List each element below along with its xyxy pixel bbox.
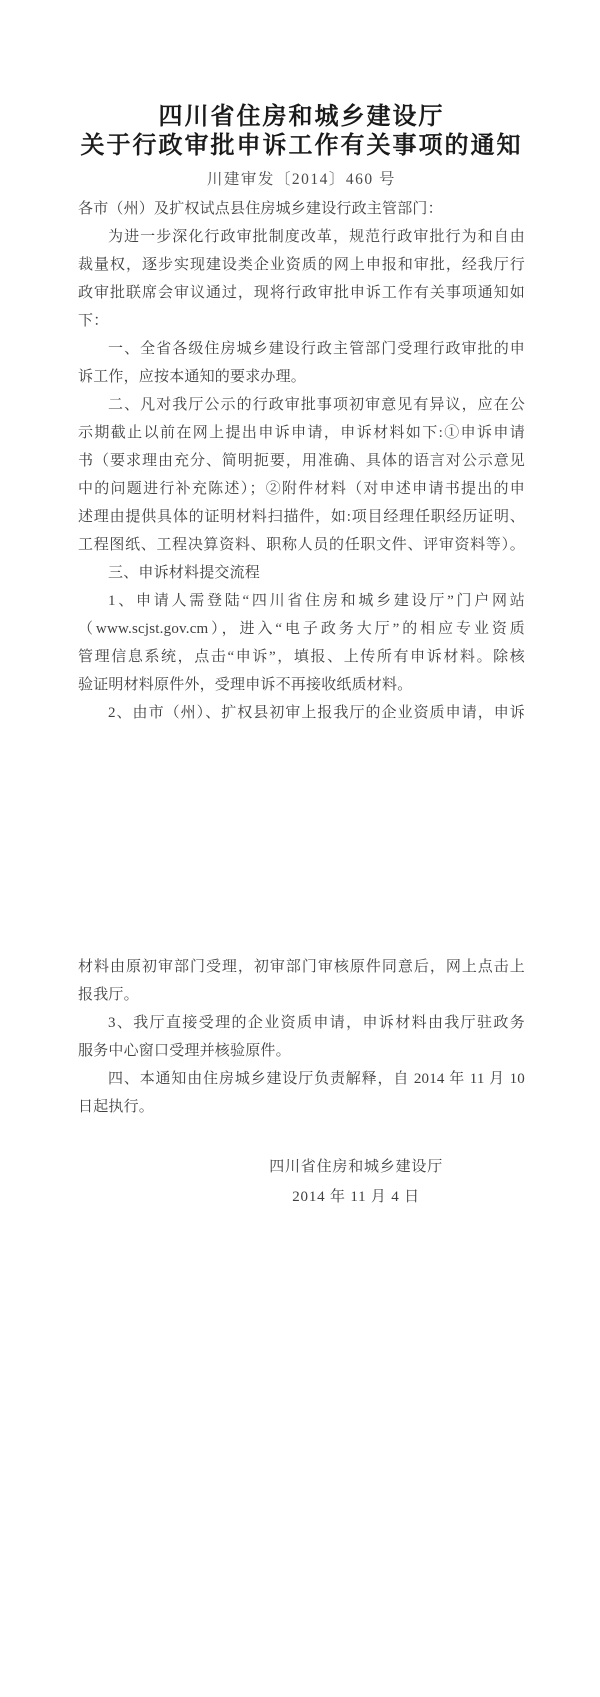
body-line: 二、凡对我厅公示的行政审批事项初审意见有异议，应在公: [78, 391, 525, 419]
body-line: 政审批联席会审议通过，现将行政审批申诉工作有关事项通知如: [78, 279, 525, 307]
body-line: 日起执行。: [78, 1093, 525, 1121]
signature-date: 2014 年 11 月 4 日: [269, 1182, 443, 1212]
body-line: 验证明材料原件外，受理申诉不再接收纸质材料。: [78, 671, 525, 699]
body-line: 为进一步深化行政审批制度改革，规范行政审批行为和自由: [78, 223, 525, 251]
body-line: 述理由提供具体的证明材料扫描件，如:项目经理任职经历证明、: [78, 503, 525, 531]
body-line: 各市（州）及扩权试点县住房城乡建设行政主管部门：: [78, 195, 525, 223]
body-line: 示期截止以前在网上提出申诉申请，申诉材料如下:①申诉申请: [78, 419, 525, 447]
body-line: 一、全省各级住房城乡建设行政主管部门受理行政审批的申: [78, 335, 525, 363]
body-line: 下：: [78, 307, 525, 335]
body-line: 裁量权，逐步实现建设类企业资质的网上申报和审批，经我厅行: [78, 251, 525, 279]
document-title-line2: 关于行政审批申诉工作有关事项的通知: [78, 132, 525, 161]
signature-org: 四川省住房和城乡建设厅: [269, 1152, 443, 1182]
body-line: （www.scjst.gov.cm），进入“电子政务大厅”的相应专业资质: [78, 615, 525, 643]
body-text-page1: 各市（州）及扩权试点县住房城乡建设行政主管部门：为进一步深化行政审批制度改革，规…: [78, 195, 525, 727]
page-break-gap: [78, 727, 525, 953]
body-line: 诉工作，应按本通知的要求办理。: [78, 363, 525, 391]
document-title-line1: 四川省住房和城乡建设厅: [78, 103, 525, 132]
body-line: 三、申诉材料提交流程: [78, 559, 525, 587]
body-line: 1、申请人需登陆“四川省住房和城乡建设厅”门户网站: [78, 587, 525, 615]
body-line: 四、本通知由住房城乡建设厅负责解释，自 2014 年 11 月 10: [78, 1065, 525, 1093]
document-number: 川建审发〔2014〕460 号: [78, 170, 525, 189]
document-page: 四川省住房和城乡建设厅 关于行政审批申诉工作有关事项的通知 川建审发〔2014〕…: [0, 0, 600, 1697]
body-line: 中的问题进行补充陈述）；②附件材料（对申述申请书提出的申: [78, 475, 525, 503]
signature-block: 四川省住房和城乡建设厅 2014 年 11 月 4 日: [269, 1152, 443, 1212]
body-line: 服务中心窗口受理并核验原件。: [78, 1037, 525, 1065]
body-line: 书（要求理由充分、简明扼要，用准确、具体的语言对公示意见: [78, 447, 525, 475]
body-line: 2、由市（州）、扩权县初审上报我厅的企业资质申请，申诉: [78, 699, 525, 727]
body-line: 工程图纸、工程决算资料、职称人员的任职文件、评审资料等）。: [78, 531, 525, 559]
body-line: 报我厅。: [78, 981, 525, 1009]
body-line: 管理信息系统，点击“申诉”，填报、上传所有申诉材料。除核: [78, 643, 525, 671]
body-text-page2: 材料由原初审部门受理，初审部门审核原件同意后，网上点击上报我厅。3、我厅直接受理…: [78, 953, 525, 1121]
body-line: 材料由原初审部门受理，初审部门审核原件同意后，网上点击上: [78, 953, 525, 981]
body-line: 3、我厅直接受理的企业资质申请，申诉材料由我厅驻政务: [78, 1009, 525, 1037]
